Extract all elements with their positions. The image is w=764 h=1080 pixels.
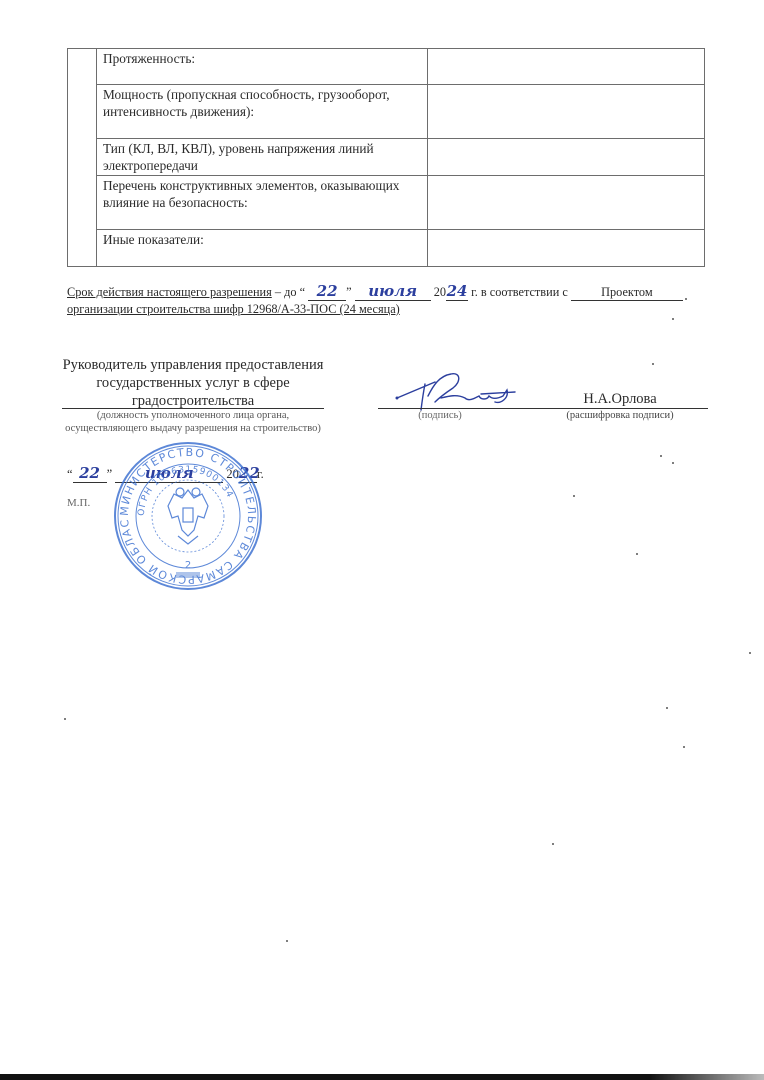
table-row: Перечень конструктивных элементов, оказы… (68, 176, 705, 230)
signatory-name: Н.А.Орлова (550, 391, 690, 408)
eagle-emblem-icon (168, 488, 208, 544)
row-value (428, 230, 705, 267)
seal-label: М.П. (67, 497, 90, 509)
signature-icon (395, 368, 530, 412)
table-row: Протяженность: (68, 49, 705, 85)
seal-inner-text: ОГРН 1056315900134 (137, 465, 235, 516)
row-value (428, 139, 705, 176)
row-number-cell (68, 49, 97, 267)
row-value (428, 49, 705, 85)
validity-year-field: 24 (446, 283, 468, 301)
issue-day: 22 (79, 464, 100, 482)
name-caption: (расшифровка подписи) (545, 410, 695, 421)
quote-close: ” (346, 285, 351, 299)
row-label: Перечень конструктивных элементов, оказы… (97, 176, 428, 230)
row-label: Протяженность: (97, 49, 428, 85)
table-row: Тип (КЛ, ВЛ, КВЛ), уровень напряжения ли… (68, 139, 705, 176)
validity-basis-field: Проектом (571, 284, 683, 301)
signature-caption: (подпись) (400, 410, 480, 421)
quote-open: “ (300, 285, 305, 299)
row-label: Тип (КЛ, ВЛ, КВЛ), уровень напряжения ли… (97, 139, 428, 176)
official-seal-icon: МИНИСТЕРСТВО СТРОИТЕЛЬСТВА САМАРСКОЙ ОБЛ… (112, 440, 264, 592)
table-row: Мощность (пропускная способность, грузоо… (68, 85, 705, 139)
signatory-post: Руководитель управления предоставления г… (62, 356, 324, 410)
validity-day: 22 (317, 282, 338, 300)
validity-after-year: г. в соответствии с (471, 285, 568, 299)
post-caption: (должность уполномоченного лица органа, … (62, 410, 324, 435)
validity-month-field: июля (355, 283, 431, 301)
validity-basis-rest: организации строительства шифр 12968/А-3… (67, 302, 400, 316)
validity-statement: Срок действия настоящего разрешения – до… (67, 283, 707, 317)
row-value (428, 176, 705, 230)
signature-underline (378, 408, 708, 409)
row-value (428, 85, 705, 139)
validity-prefix: Срок действия настоящего разрешения (67, 285, 272, 299)
issue-day-field: 22 (73, 464, 107, 483)
svg-text:ОГРН 1056315900134: ОГРН 1056315900134 (137, 465, 235, 516)
row-label: Иные показатели: (97, 230, 428, 267)
table-row: Иные показатели: (68, 230, 705, 267)
validity-year-prefix: 20 (434, 285, 446, 299)
scan-edge (0, 1074, 764, 1080)
row-label: Мощность (пропускная способность, грузоо… (97, 85, 428, 139)
validity-day-field: 22 (308, 283, 346, 301)
seal-number: 2 (185, 560, 191, 571)
validity-basis-first: Проектом (601, 285, 653, 299)
validity-dash: – до (272, 285, 300, 299)
parameters-table: Протяженность: Мощность (пропускная спос… (67, 48, 705, 267)
validity-year: 24 (447, 282, 468, 300)
post-underline (62, 408, 324, 409)
validity-month: июля (368, 282, 417, 300)
